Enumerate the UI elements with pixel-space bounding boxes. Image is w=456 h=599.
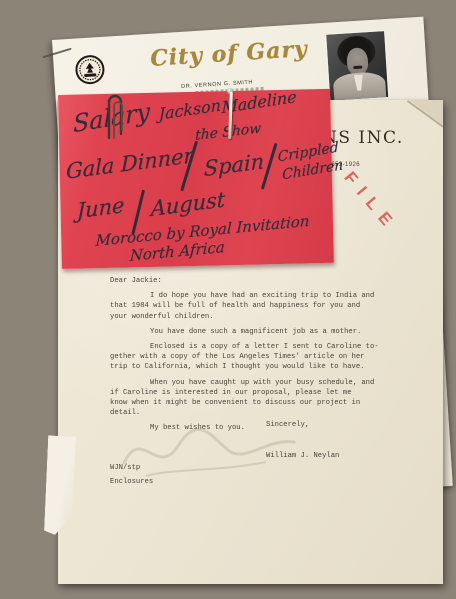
- red-note-card: Salary Jackson Madeline the Show Gala Di…: [58, 89, 334, 269]
- paragraph: I do hope you have had an exciting trip …: [110, 291, 430, 322]
- body-line: trip to California, which I thought you …: [110, 362, 430, 372]
- handwritten-note-spain: Spain: [204, 151, 264, 180]
- handwritten-note-gala-dinner: Gala Dinner: [66, 145, 194, 183]
- salutation: Dear Jackie:: [110, 276, 430, 286]
- reference-initials: WJN/stp: [110, 464, 140, 472]
- signer-name: William J. Neylan: [266, 452, 339, 460]
- city-seal-icon: [73, 53, 107, 87]
- closing: Sincerely,: [266, 420, 309, 430]
- letter-body: Dear Jackie: I do hope you have had an e…: [110, 276, 430, 439]
- handwritten-note-june: June: [77, 195, 125, 222]
- body-line: if Caroline is interested in our proposa…: [110, 388, 430, 398]
- body-line: that 1984 will be full of health and hap…: [110, 301, 430, 311]
- handwritten-note-madeline: Madeline: [222, 89, 297, 116]
- paragraph: You have done such a magnificent job as …: [110, 327, 430, 337]
- paragraph: When you have caught up with your busy s…: [110, 378, 430, 419]
- paper-clip-icon: [102, 90, 134, 145]
- body-line: You have done such a magnificent job as …: [110, 327, 430, 337]
- body-line: When you have caught up with your busy s…: [110, 378, 430, 388]
- body-line: gether with a copy of the Los Angeles Ti…: [110, 352, 430, 362]
- enclosure-note: Enclosures: [110, 478, 153, 486]
- file-stamp: FILE: [340, 168, 432, 273]
- body-line: know when it might be convenient to disc…: [110, 398, 430, 408]
- paragraph: Enclosed is a copy of a letter I sent to…: [110, 342, 430, 373]
- body-line: your wonderful children.: [110, 312, 430, 322]
- photo-face: [346, 47, 369, 75]
- body-line: Enclosed is a copy of a letter I sent to…: [110, 342, 430, 352]
- portrait-photo: [326, 31, 388, 101]
- body-line: I do hope you have had an exciting trip …: [110, 291, 430, 301]
- body-line: detail.: [110, 408, 430, 418]
- handwritten-note-jackson: Jackson: [159, 97, 221, 122]
- photo-scene: City of Gary DR. VERNON G. SMITH NS INC.…: [0, 0, 456, 599]
- letterhead-title: City of Gary: [150, 34, 341, 72]
- photo-mustache: [353, 66, 362, 70]
- handwritten-note-august: August: [151, 189, 226, 220]
